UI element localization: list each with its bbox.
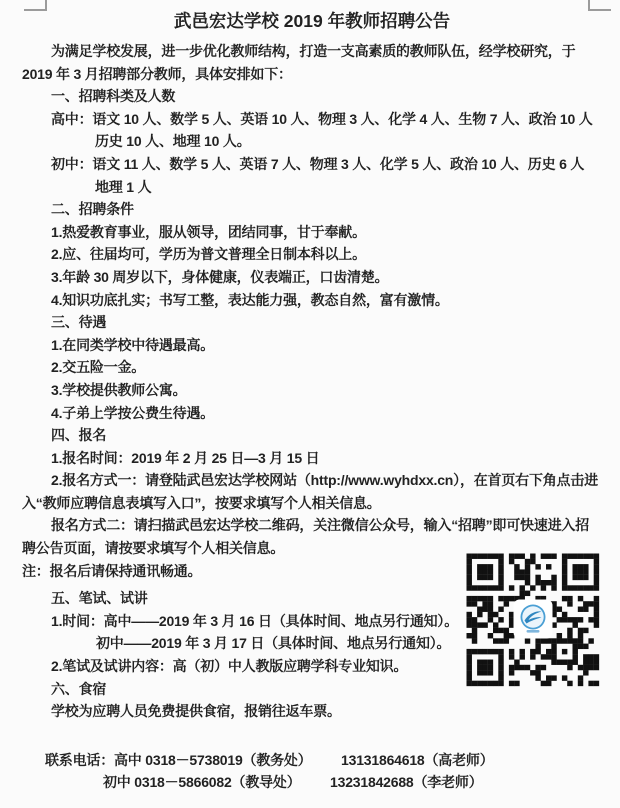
- qr-code: [464, 551, 602, 689]
- document-page: 武邑宏达学校 2019 年教师招聘公告 为满足学校发展，进一步优化教师结构，打造…: [0, 0, 620, 808]
- doc-line: 1.在同类学校中待遇最高。: [22, 334, 602, 357]
- doc-line: 3.学校提供教师公寓。: [22, 379, 602, 402]
- doc-line: 2.应、往届均可，学历为普文普理全日制本科以上。: [22, 243, 602, 266]
- doc-line: 初中 0318－5866082（教导处） 13231842688（李老师）: [22, 771, 602, 794]
- doc-line: 4.知识功底扎实；书写工整，表达能力强，教态自然，富有激情。: [22, 289, 602, 312]
- school-logo-icon: [513, 599, 553, 639]
- doc-line: 历史 10 人、地理 10 人。: [22, 130, 602, 153]
- doc-line: 初中：语文 11 人、数学 5 人、英语 7 人、物理 3 人、化学 5 人、政…: [22, 153, 602, 176]
- doc-line: 四、报名: [22, 424, 602, 447]
- doc-line: 高中：语文 10 人、数学 5 人、英语 10 人、物理 3 人、化学 4 人、…: [22, 108, 602, 131]
- doc-line: 地理 1 人: [22, 176, 602, 199]
- doc-line: 4.子弟上学按公费生待遇。: [22, 402, 602, 425]
- doc-line: 为满足学校发展，进一步优化教师结构，打造一支高素质的教师队伍，经学校研究，于 2…: [22, 40, 602, 85]
- doc-line: 联系电话：高中 0318－5738019（教务处） 13131864618（高老…: [22, 749, 602, 772]
- doc-line: 1.报名时间：2019 年 2 月 25 日—3 月 15 日: [22, 447, 602, 470]
- doc-line: 一、招聘科类及人数: [22, 85, 602, 108]
- page-title: 武邑宏达学校 2019 年教师招聘公告: [22, 8, 602, 35]
- doc-line: 2.交五险一金。: [22, 356, 602, 379]
- doc-line: 1.热爱教育事业，服从领导，团结同事，甘于奉献。: [22, 221, 602, 244]
- doc-line: 学校为应聘人员免费提供食宿，报销往返车票。: [22, 700, 602, 723]
- doc-line: 2.报名方式一：请登陆武邑宏达学校网站（http://www.wyhdxx.cn…: [22, 469, 602, 514]
- doc-line: 二、招聘条件: [22, 198, 602, 221]
- doc-line: 三、待遇: [22, 311, 602, 334]
- doc-line: 3.年龄 30 周岁以下，身体健康，仪表端正，口齿清楚。: [22, 266, 602, 289]
